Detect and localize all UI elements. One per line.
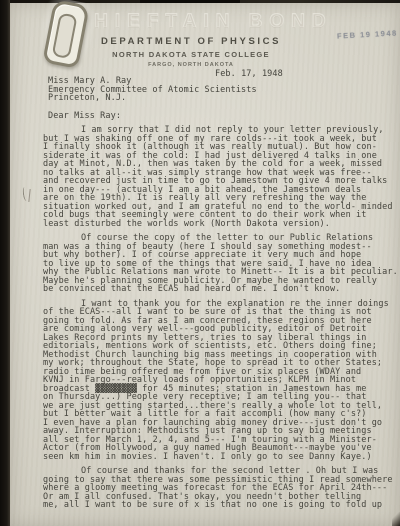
body-line: be convinced that the ECAS had heard of …: [43, 285, 399, 294]
paragraph: Of course and thanks for the second lett…: [43, 467, 399, 510]
body-line: least disturbed the worlds work (North D…: [43, 220, 399, 229]
letter-body: I am sorry that I did not reply to your …: [43, 126, 399, 516]
paragraph: I am sorry that I did not reply to your …: [43, 126, 399, 228]
scan-edge-corner: [392, 512, 400, 526]
address-line: Princeton, N.J.: [48, 94, 257, 103]
body-line: seen km him in movies. I haven't. I only…: [43, 453, 399, 462]
pen-mark: [23, 187, 31, 203]
recipient-address: Miss Mary A. RayEmergency Committee of A…: [48, 77, 257, 103]
scan-edge-left: [0, 0, 10, 526]
letter-page: CHIEFTAIN BOND FEB 19 1948 DEPARTMENT OF…: [10, 3, 400, 526]
paragraph: I want to thank you for the explanation …: [43, 300, 399, 462]
paragraph: Of course the copy of the letter to our …: [43, 234, 399, 294]
body-line: me, all I want to be sure of x is that n…: [43, 501, 399, 510]
salutation: Dear Miss Ray:: [48, 111, 121, 121]
